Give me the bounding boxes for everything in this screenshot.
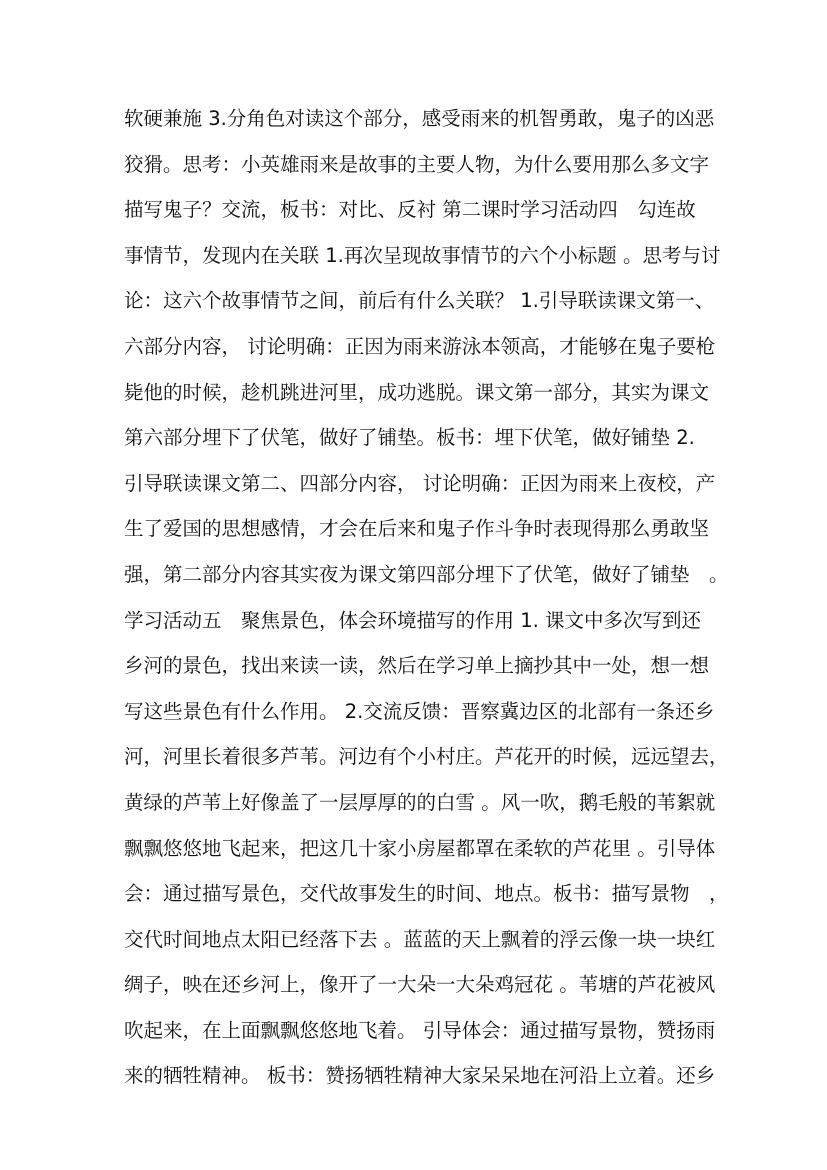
text-line-17: 飘飘悠悠地飞起来，把这几十家小房屋都罩在柔软的芦花里 。引导体 — [124, 826, 714, 872]
text-line-15: 河，河里长着很多芦苇。河边有个小村庄。芦花开的时候，远远望去， — [124, 734, 714, 780]
text-line-13: 乡河的景色，找出来读一读，然后在学习单上摘抄其中一处，想一想 — [124, 643, 714, 689]
text-line-20: 绸子，映在还乡河上，像开了一大朵一大朵鸡冠花 。苇塘的芦花被风 — [124, 962, 714, 1008]
text-line-7: 毙他的时候，趁机跳进河里，成功逃脱。课文第一部分，其实为课文 — [124, 370, 714, 416]
text-line-5: 论：这六个故事情节之间，前后有什么关联？ 1.引导联读课文第一、 — [124, 278, 714, 324]
text-line-4: 事情节，发现内在关联 1.再次呈现故事情节的六个小标题 。思考与讨 — [124, 233, 714, 279]
text-line-14: 写这些景色有什么作用。 2.交流反馈：晋察冀边区的北部有一条还乡 — [124, 689, 714, 735]
text-line-12: 学习活动五 聚焦景色，体会环境描写的作用 1. 课文中多次写到还 — [124, 598, 714, 644]
text-line-1: 软硬兼施 3.分角色对读这个部分，感受雨来的机智勇敢，鬼子的凶恶 — [124, 96, 714, 142]
text-line-8: 第六部分埋下了伏笔，做好了铺垫。板书：埋下伏笔，做好铺垫 2. — [124, 415, 714, 461]
document-page: 软硬兼施 3.分角色对读这个部分，感受雨来的机智勇敢，鬼子的凶恶 狡猾。思考：小… — [0, 0, 827, 1170]
text-line-9: 引导联读课文第二、四部分内容， 讨论明确：正因为雨来上夜校，产 — [124, 461, 714, 507]
text-line-11: 强，第二部分内容其实夜为课文第四部分埋下了伏笔，做好了铺垫 。 — [124, 552, 714, 598]
text-line-10: 生了爱国的思想感情，才会在后来和鬼子作斗争时表现得那么勇敢坚 — [124, 506, 714, 552]
text-line-22: 来的牺牲精神。 板书：赞扬牺牲精神大家呆呆地在河沿上立着。还乡 — [124, 1053, 714, 1099]
text-line-19: 交代时间地点太阳已经落下去 。蓝蓝的天上飘着的浮云像一块一块红 — [124, 917, 714, 963]
body-text: 软硬兼施 3.分角色对读这个部分，感受雨来的机智勇敢，鬼子的凶恶 狡猾。思考：小… — [124, 96, 714, 1099]
text-line-16: 黄绿的芦苇上好像盖了一层厚厚的的白雪 。风一吹，鹅毛般的苇絮就 — [124, 780, 714, 826]
text-line-2: 狡猾。思考：小英雄雨来是故事的主要人物，为什么要用那么多文字 — [124, 142, 714, 188]
text-line-18: 会：通过描写景色，交代故事发生的时间、地点。板书：描写景物 ， — [124, 871, 714, 917]
text-line-21: 吹起来，在上面飘飘悠悠地飞着。 引导体会：通过描写景物，赞扬雨 — [124, 1008, 714, 1054]
text-line-6: 六部分内容， 讨论明确：正因为雨来游泳本领高，才能够在鬼子要枪 — [124, 324, 714, 370]
text-line-3: 描写鬼子？交流，板书：对比、反衬 第二课时学习活动四 勾连故 — [124, 187, 714, 233]
